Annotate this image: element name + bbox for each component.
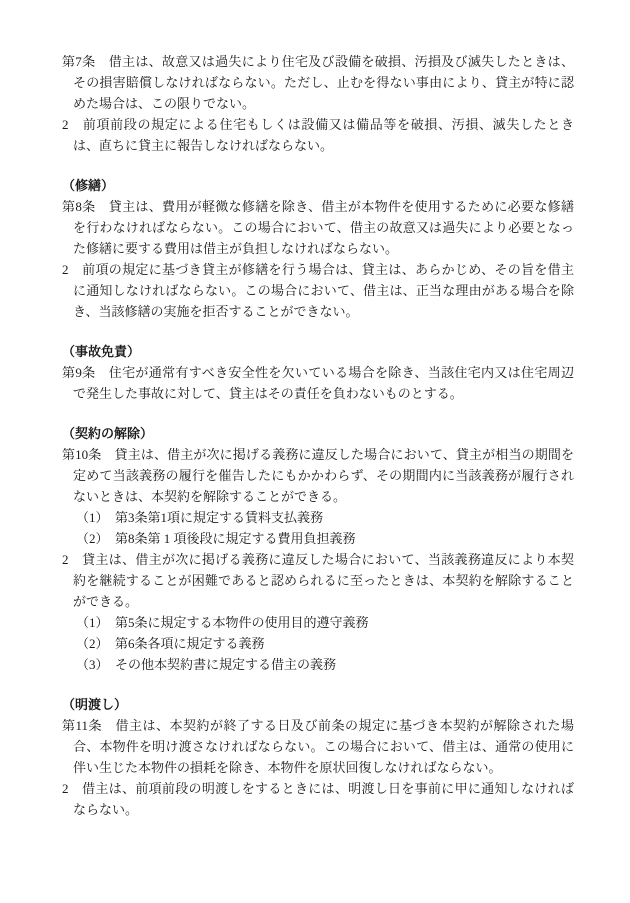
contract-section: （明渡し）第11条 借主は、本契約が終了する日及び前条の規定に基づき本契約が解除… (62, 694, 574, 820)
contract-sections: 第7条 借主は、故意又は過失により住宅及び設備を破損、汚損及び滅失したときは、そ… (62, 51, 574, 820)
clause-list-item: （3） その他本契約書に規定する借主の義務 (76, 654, 574, 675)
clause-list-item: （1） 第5条に規定する本物件の使用目的遵守義務 (76, 612, 574, 633)
clause-list-item: （2） 第6条各項に規定する義務 (76, 633, 574, 654)
contract-section: 第7条 借主は、故意又は過失により住宅及び設備を破損、汚損及び滅失したときは、そ… (62, 51, 574, 156)
contract-section: （修繕）第8条 貸主は、費用が軽微な修繕を除き、借主が本物件を使用するために必要… (62, 175, 574, 322)
article-paragraph: 第7条 借主は、故意又は過失により住宅及び設備を破損、汚損及び滅失したときは、そ… (62, 51, 574, 114)
article-paragraph: 第11条 借主は、本契約が終了する日及び前条の規定に基づき本契約が解除された場合… (62, 715, 574, 778)
article-paragraph: 2 前項の規定に基づき貸主が修繕を行う場合は、貸主は、あらかじめ、その旨を借主に… (62, 259, 574, 322)
contract-document-page: 第7条 借主は、故意又は過失により住宅及び設備を破損、汚損及び滅失したときは、そ… (0, 0, 630, 903)
section-heading: （事故免責） (62, 341, 574, 362)
article-paragraph: 2 貸主は、借主が次に掲げる義務に違反した場合において、当該義務違反により本契約… (62, 549, 574, 612)
contract-section: （事故免責）第9条 住宅が通常有すべき安全性を欠いている場合を除き、当該住宅内又… (62, 341, 574, 404)
section-heading: （明渡し） (62, 694, 574, 715)
clause-list-item: （1） 第3条第1項に規定する賃料支払義務 (76, 507, 574, 528)
article-paragraph: 第8条 貸主は、費用が軽微な修繕を除き、借主が本物件を使用するために必要な修繕を… (62, 196, 574, 259)
article-paragraph: 第9条 住宅が通常有すべき安全性を欠いている場合を除き、当該住宅内又は住宅周辺で… (62, 362, 574, 404)
article-paragraph: 2 前項前段の規定による住宅もしくは設備又は備品等を破損、汚損、滅失したときは、… (62, 114, 574, 156)
section-heading: （修繕） (62, 175, 574, 196)
clause-list-item: （2） 第8条第 1 項後段に規定する費用負担義務 (76, 528, 574, 549)
contract-section: （契約の解除）第10条 貸主は、借主が次に掲げる義務に違反した場合において、貸主… (62, 423, 574, 675)
article-paragraph: 2 借主は、前項前段の明渡しをするときには、明渡し日を事前に甲に通知しなければな… (62, 778, 574, 820)
article-paragraph: 第10条 貸主は、借主が次に掲げる義務に違反した場合において、貸主が相当の期間を… (62, 444, 574, 507)
section-heading: （契約の解除） (62, 423, 574, 444)
